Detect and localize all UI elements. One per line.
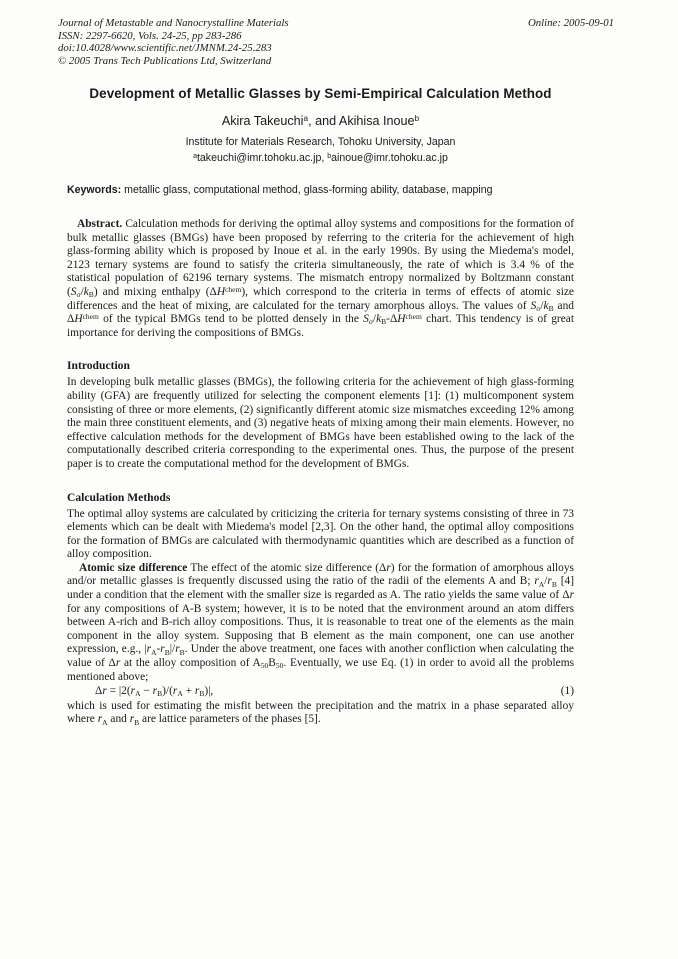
paper-title: Development of Metallic Glasses by Semi-…	[67, 86, 574, 102]
introduction-paragraph: In developing bulk metallic glasses (BMG…	[67, 376, 574, 471]
journal-citation-block: Journal of Metastable and Nanocrystallin…	[58, 17, 289, 67]
affiliation-line: Institute for Materials Research, Tohoku…	[67, 136, 574, 148]
equation-1-row: Δr = |2(rA − rB)/(rA + rB)|, (1)	[67, 685, 574, 699]
paper-body: Abstract. Calculation methods for derivi…	[67, 218, 574, 727]
journal-header: Journal of Metastable and Nanocrystallin…	[58, 17, 614, 67]
online-date: Online: 2005-09-01	[528, 17, 614, 30]
paper-page: Journal of Metastable and Nanocrystallin…	[0, 0, 678, 959]
author-emails-line: atakeuchi@imr.tohoku.ac.jp, bainoue@imr.…	[67, 152, 574, 164]
calculation-methods-paragraph-3: which is used for estimating the misfit …	[67, 700, 574, 727]
authors-line: Akira Takeuchia, and Akihisa Inoueb	[67, 114, 574, 128]
keywords-line: Keywords: metallic glass, computational …	[67, 184, 574, 196]
journal-issn-line: ISSN: 2297-6620, Vols. 24-25, pp 283-286	[58, 30, 289, 43]
atomic-size-difference-paragraph: Atomic size difference The effect of the…	[67, 562, 574, 684]
journal-title: Journal of Metastable and Nanocrystallin…	[58, 17, 289, 30]
section-heading-introduction: Introduction	[67, 359, 574, 373]
equation-1-formula: Δr = |2(rA − rB)/(rA + rB)|,	[95, 685, 213, 699]
journal-copyright-line: © 2005 Trans Tech Publications Ltd, Swit…	[58, 55, 289, 68]
abstract-paragraph: Abstract. Calculation methods for derivi…	[67, 218, 574, 340]
section-heading-calculation-methods: Calculation Methods	[67, 491, 574, 505]
front-matter: Development of Metallic Glasses by Semi-…	[67, 86, 574, 196]
journal-doi-line: doi:10.4028/www.scientific.net/JMNM.24-2…	[58, 42, 289, 55]
equation-1-number: (1)	[561, 685, 574, 699]
calculation-methods-paragraph-1: The optimal alloy systems are calculated…	[67, 508, 574, 562]
